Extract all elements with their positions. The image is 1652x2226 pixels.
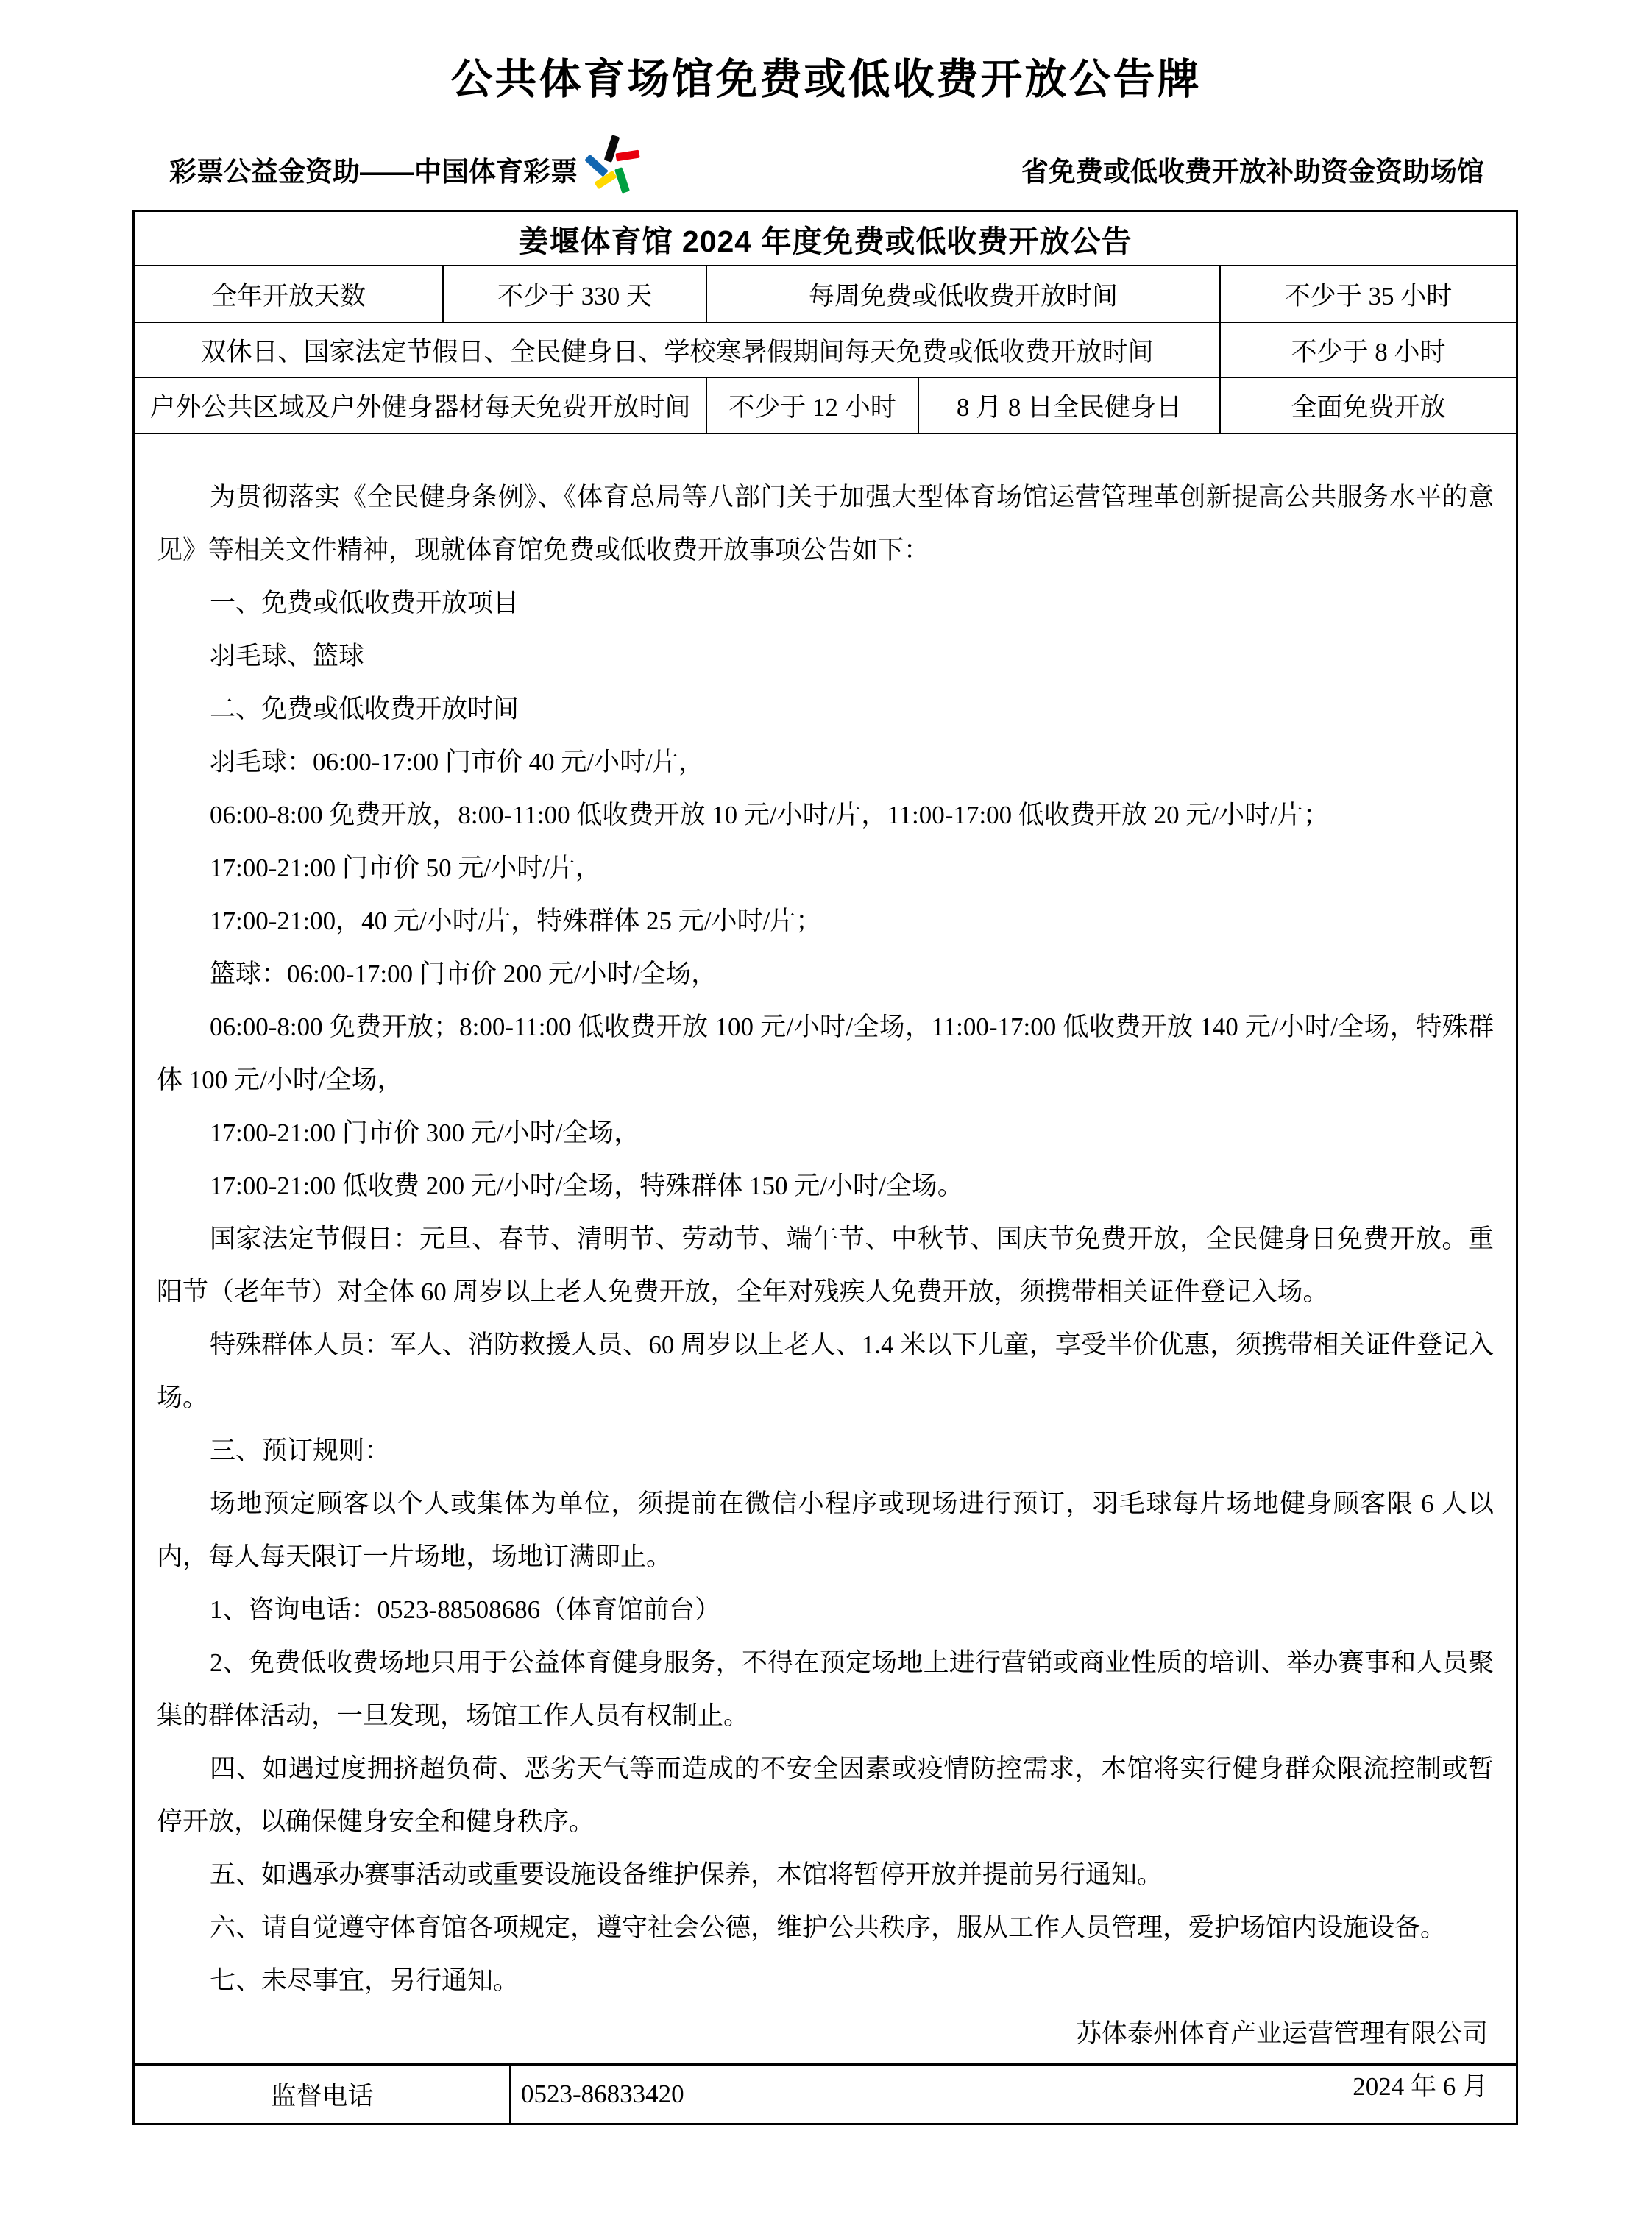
supervision-phone-row: 监督电话 0523-86833420 [135,2063,1516,2123]
outdoor-open-hours-row: 户外公共区域及户外健身器材每天免费开放时间 不少于 12 小时 8 月 8 日全… [135,378,1516,434]
body-paragraph: 六、请自觉遵守体育馆各项规定，遵守社会公德，维护公共秩序，服从工作人员管理，爱护… [157,1901,1494,1954]
body-paragraph: 为贯彻落实《全民健身条例》、《体育总局等八部门关于加强大型体育场馆运营管理革创新… [157,471,1494,577]
announcement-body-row: 为贯彻落实《全民健身条例》、《体育总局等八部门关于加强大型体育场馆运营管理革创新… [135,434,1516,2063]
body-paragraph: 06:00-8:00 免费开放，8:00-11:00 低收费开放 10 元/小时… [157,789,1494,842]
body-paragraph: 特殊群体人员：军人、消防救援人员、60 周岁以上老人、1.4 米以下儿童，享受半… [157,1319,1494,1425]
banner-left-group: 彩票公益金资助——中国体育彩票 [132,134,641,196]
annual-open-days-row: 全年开放天数 不少于 330 天 每周免费或低收费开放时间 不少于 35 小时 [135,266,1516,323]
annual-open-days-label: 全年开放天数 [135,266,444,322]
body-paragraph: 篮球：06:00-17:00 门市价 200 元/小时/全场， [157,948,1494,1001]
body-paragraph: 1、咨询电话：0523-88508686（体育馆前台） [157,1584,1494,1637]
holiday-open-hours-row: 双休日、国家法定节假日、全民健身日、学校寒暑假期间每天免费或低收费开放时间 不少… [135,323,1516,378]
fitness-day-label: 8 月 8 日全民健身日 [919,378,1221,433]
weekly-open-hours-value: 不少于 35 小时 [1221,266,1516,322]
body-paragraph: 17:00-21:00，40 元/小时/片，特殊群体 25 元/小时/片； [157,895,1494,948]
logo-bar-red [615,150,639,162]
outdoor-open-hours-value: 不少于 12 小时 [707,378,919,433]
outdoor-open-hours-label: 户外公共区域及户外健身器材每天免费开放时间 [135,378,707,433]
body-paragraph: 06:00-8:00 免费开放；8:00-11:00 低收费开放 100 元/小… [157,1001,1494,1107]
signature-company: 苏体泰州体育产业运营管理有限公司 [157,2007,1488,2060]
holiday-open-hours-label: 双休日、国家法定节假日、全民健身日、学校寒暑假期间每天免费或低收费开放时间 [135,323,1221,377]
lottery-funding-label: 彩票公益金资助——中国体育彩票 [169,158,578,196]
supervision-phone-label: 监督电话 [135,2066,511,2123]
body-paragraph: 二、免费或低收费开放时间 [157,683,1494,736]
subsidy-venue-label: 省免费或低收费开放补助资金资助场馆 [1021,158,1518,196]
annual-open-days-value: 不少于 330 天 [444,266,707,322]
banner-row: 彩票公益金资助——中国体育彩票 省免费或低收费开放补助资金资助场馆 [132,134,1518,196]
china-sports-lottery-logo-icon [588,134,641,196]
body-paragraph: 羽毛球、篮球 [157,630,1494,683]
announcement-body: 为贯彻落实《全民健身条例》、《体育总局等八部门关于加强大型体育场馆运营管理革创新… [135,434,1516,2063]
holiday-open-hours-value: 不少于 8 小时 [1221,323,1516,377]
body-paragraph: 三、预订规则： [157,1425,1494,1478]
supervision-phone-value: 0523-86833420 [511,2066,1516,2123]
announcement-table: 姜堰体育馆 2024 年度免费或低收费开放公告 全年开放天数 不少于 330 天… [132,210,1518,2125]
body-paragraph: 17:00-21:00 低收费 200 元/小时/全场，特殊群体 150 元/小… [157,1160,1494,1213]
body-paragraph: 一、免费或低收费开放项目 [157,577,1494,630]
weekly-open-hours-label: 每周免费或低收费开放时间 [707,266,1221,322]
announcement-page: 公共体育场馆免费或低收费开放公告牌 彩票公益金资助——中国体育彩票 省免费或低收… [0,0,1652,2226]
body-paragraph: 场地预定顾客以个人或集体为单位，须提前在微信小程序或现场进行预订，羽毛球每片场地… [157,1478,1494,1584]
logo-bar-green [614,167,630,194]
body-paragraph: 国家法定节假日：元旦、春节、清明节、劳动节、端午节、中秋节、国庆节免费开放，全民… [157,1213,1494,1319]
body-paragraph: 七、未尽事宜，另行通知。 [157,1954,1494,2007]
body-paragraph: 17:00-21:00 门市价 300 元/小时/全场， [157,1107,1494,1160]
page-title: 公共体育场馆免费或低收费开放公告牌 [0,46,1652,106]
fitness-day-value: 全面免费开放 [1221,378,1516,433]
body-paragraph: 2、免费低收费场地只用于公益体育健身服务，不得在预定场地上进行营销或商业性质的培… [157,1637,1494,1743]
body-paragraph: 17:00-21:00 门市价 50 元/小时/片， [157,842,1494,895]
body-paragraph: 羽毛球：06:00-17:00 门市价 40 元/小时/片， [157,736,1494,789]
body-paragraph: 五、如遇承办赛事活动或重要设施设备维护保养，本馆将暂停开放并提前另行通知。 [157,1848,1494,1901]
announcement-paragraphs: 为贯彻落实《全民健身条例》、《体育总局等八部门关于加强大型体育场馆运营管理革创新… [157,471,1494,2007]
table-title: 姜堰体育馆 2024 年度免费或低收费开放公告 [135,212,1516,265]
table-header-row: 姜堰体育馆 2024 年度免费或低收费开放公告 [135,212,1516,266]
body-paragraph: 四、如遇过度拥挤超负荷、恶劣天气等而造成的不安全因素或疫情防控需求，本馆将实行健… [157,1743,1494,1848]
